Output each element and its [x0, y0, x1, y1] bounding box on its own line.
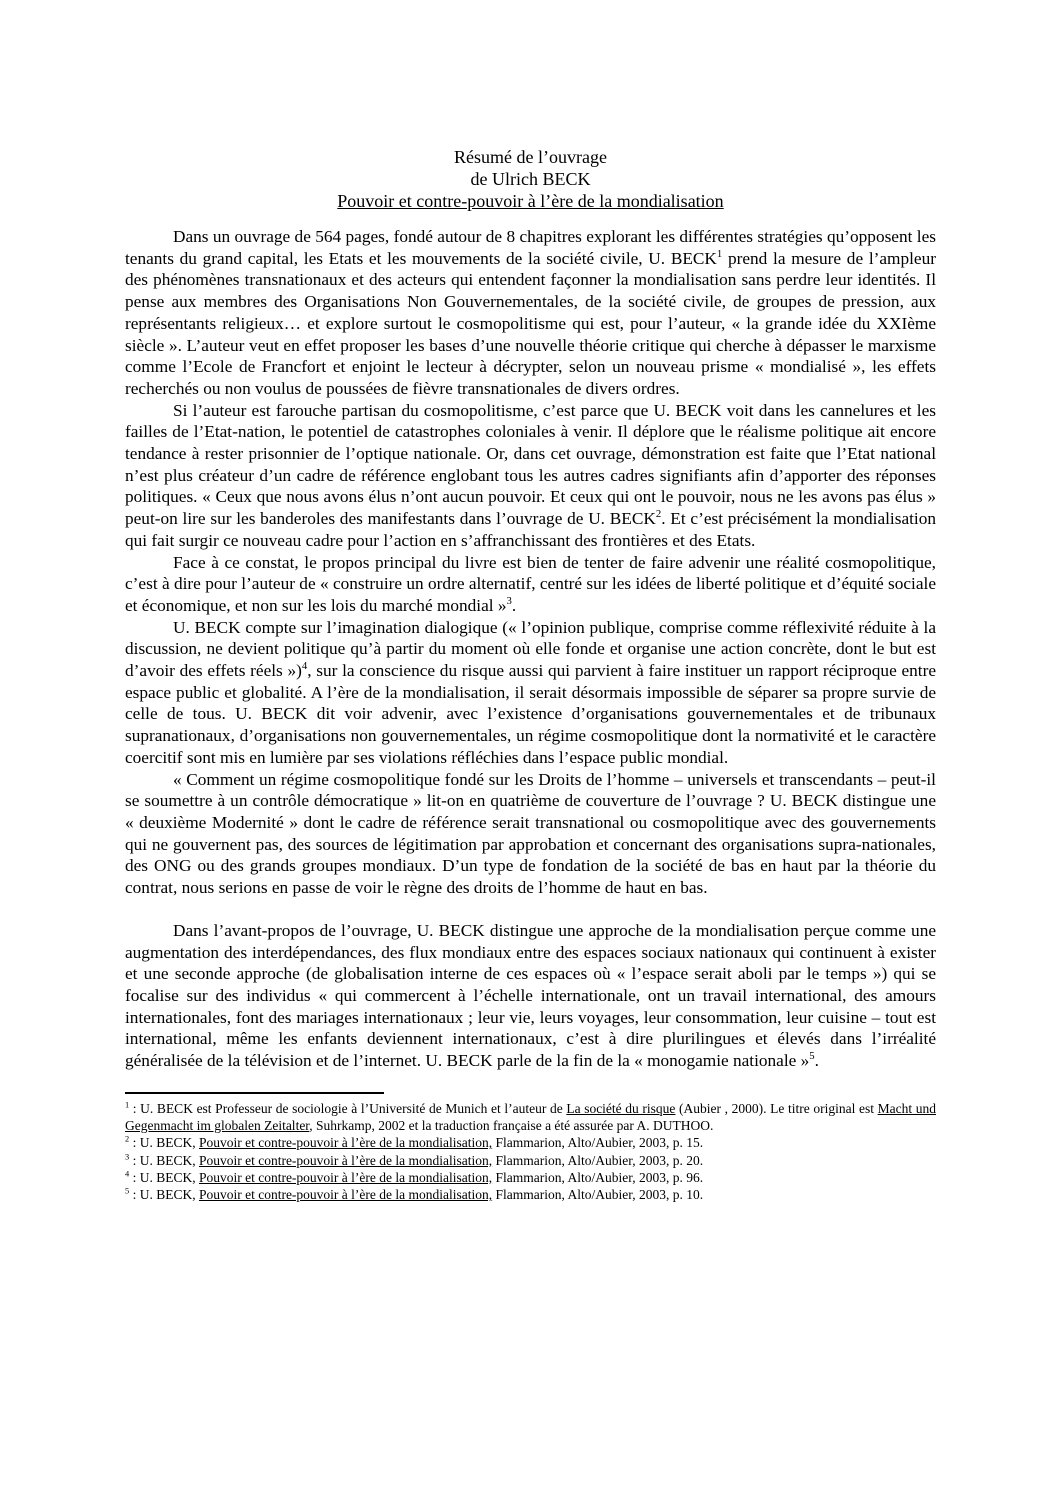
paragraph-3: Face à ce constat, le propos principal d… — [125, 552, 936, 617]
footnotes-section: 1 : U. BECK est Professeur de sociologie… — [125, 1100, 936, 1204]
footnote-separator — [125, 1092, 384, 1094]
document-title-line-1: Résumé de l’ouvrage — [125, 146, 936, 168]
paragraph-4: U. BECK compte sur l’imagination dialogi… — [125, 617, 936, 769]
paragraph-5: « Comment un régime cosmopolitique fondé… — [125, 769, 936, 899]
paragraph-6: Dans l’avant-propos de l’ouvrage, U. BEC… — [125, 920, 936, 1072]
footnote-1: 1 : U. BECK est Professeur de sociologie… — [125, 1100, 936, 1135]
paragraph-1: Dans un ouvrage de 564 pages, fondé auto… — [125, 226, 936, 400]
document-header: Résumé de l’ouvrage de Ulrich BECK Pouvo… — [125, 146, 936, 212]
footnote-5: 5 : U. BECK, Pouvoir et contre-pouvoir à… — [125, 1186, 936, 1203]
document-body: Dans un ouvrage de 564 pages, fondé auto… — [125, 226, 936, 1072]
document-page: Résumé de l’ouvrage de Ulrich BECK Pouvo… — [0, 0, 1058, 1497]
document-title-line-3: Pouvoir et contre-pouvoir à l’ère de la … — [125, 190, 936, 212]
paragraph-2: Si l’auteur est farouche partisan du cos… — [125, 400, 936, 552]
footnote-2: 2 : U. BECK, Pouvoir et contre-pouvoir à… — [125, 1134, 936, 1151]
footnote-3: 3 : U. BECK, Pouvoir et contre-pouvoir à… — [125, 1152, 936, 1169]
document-title-line-2: de Ulrich BECK — [125, 168, 936, 190]
footnote-4: 4 : U. BECK, Pouvoir et contre-pouvoir à… — [125, 1169, 936, 1186]
